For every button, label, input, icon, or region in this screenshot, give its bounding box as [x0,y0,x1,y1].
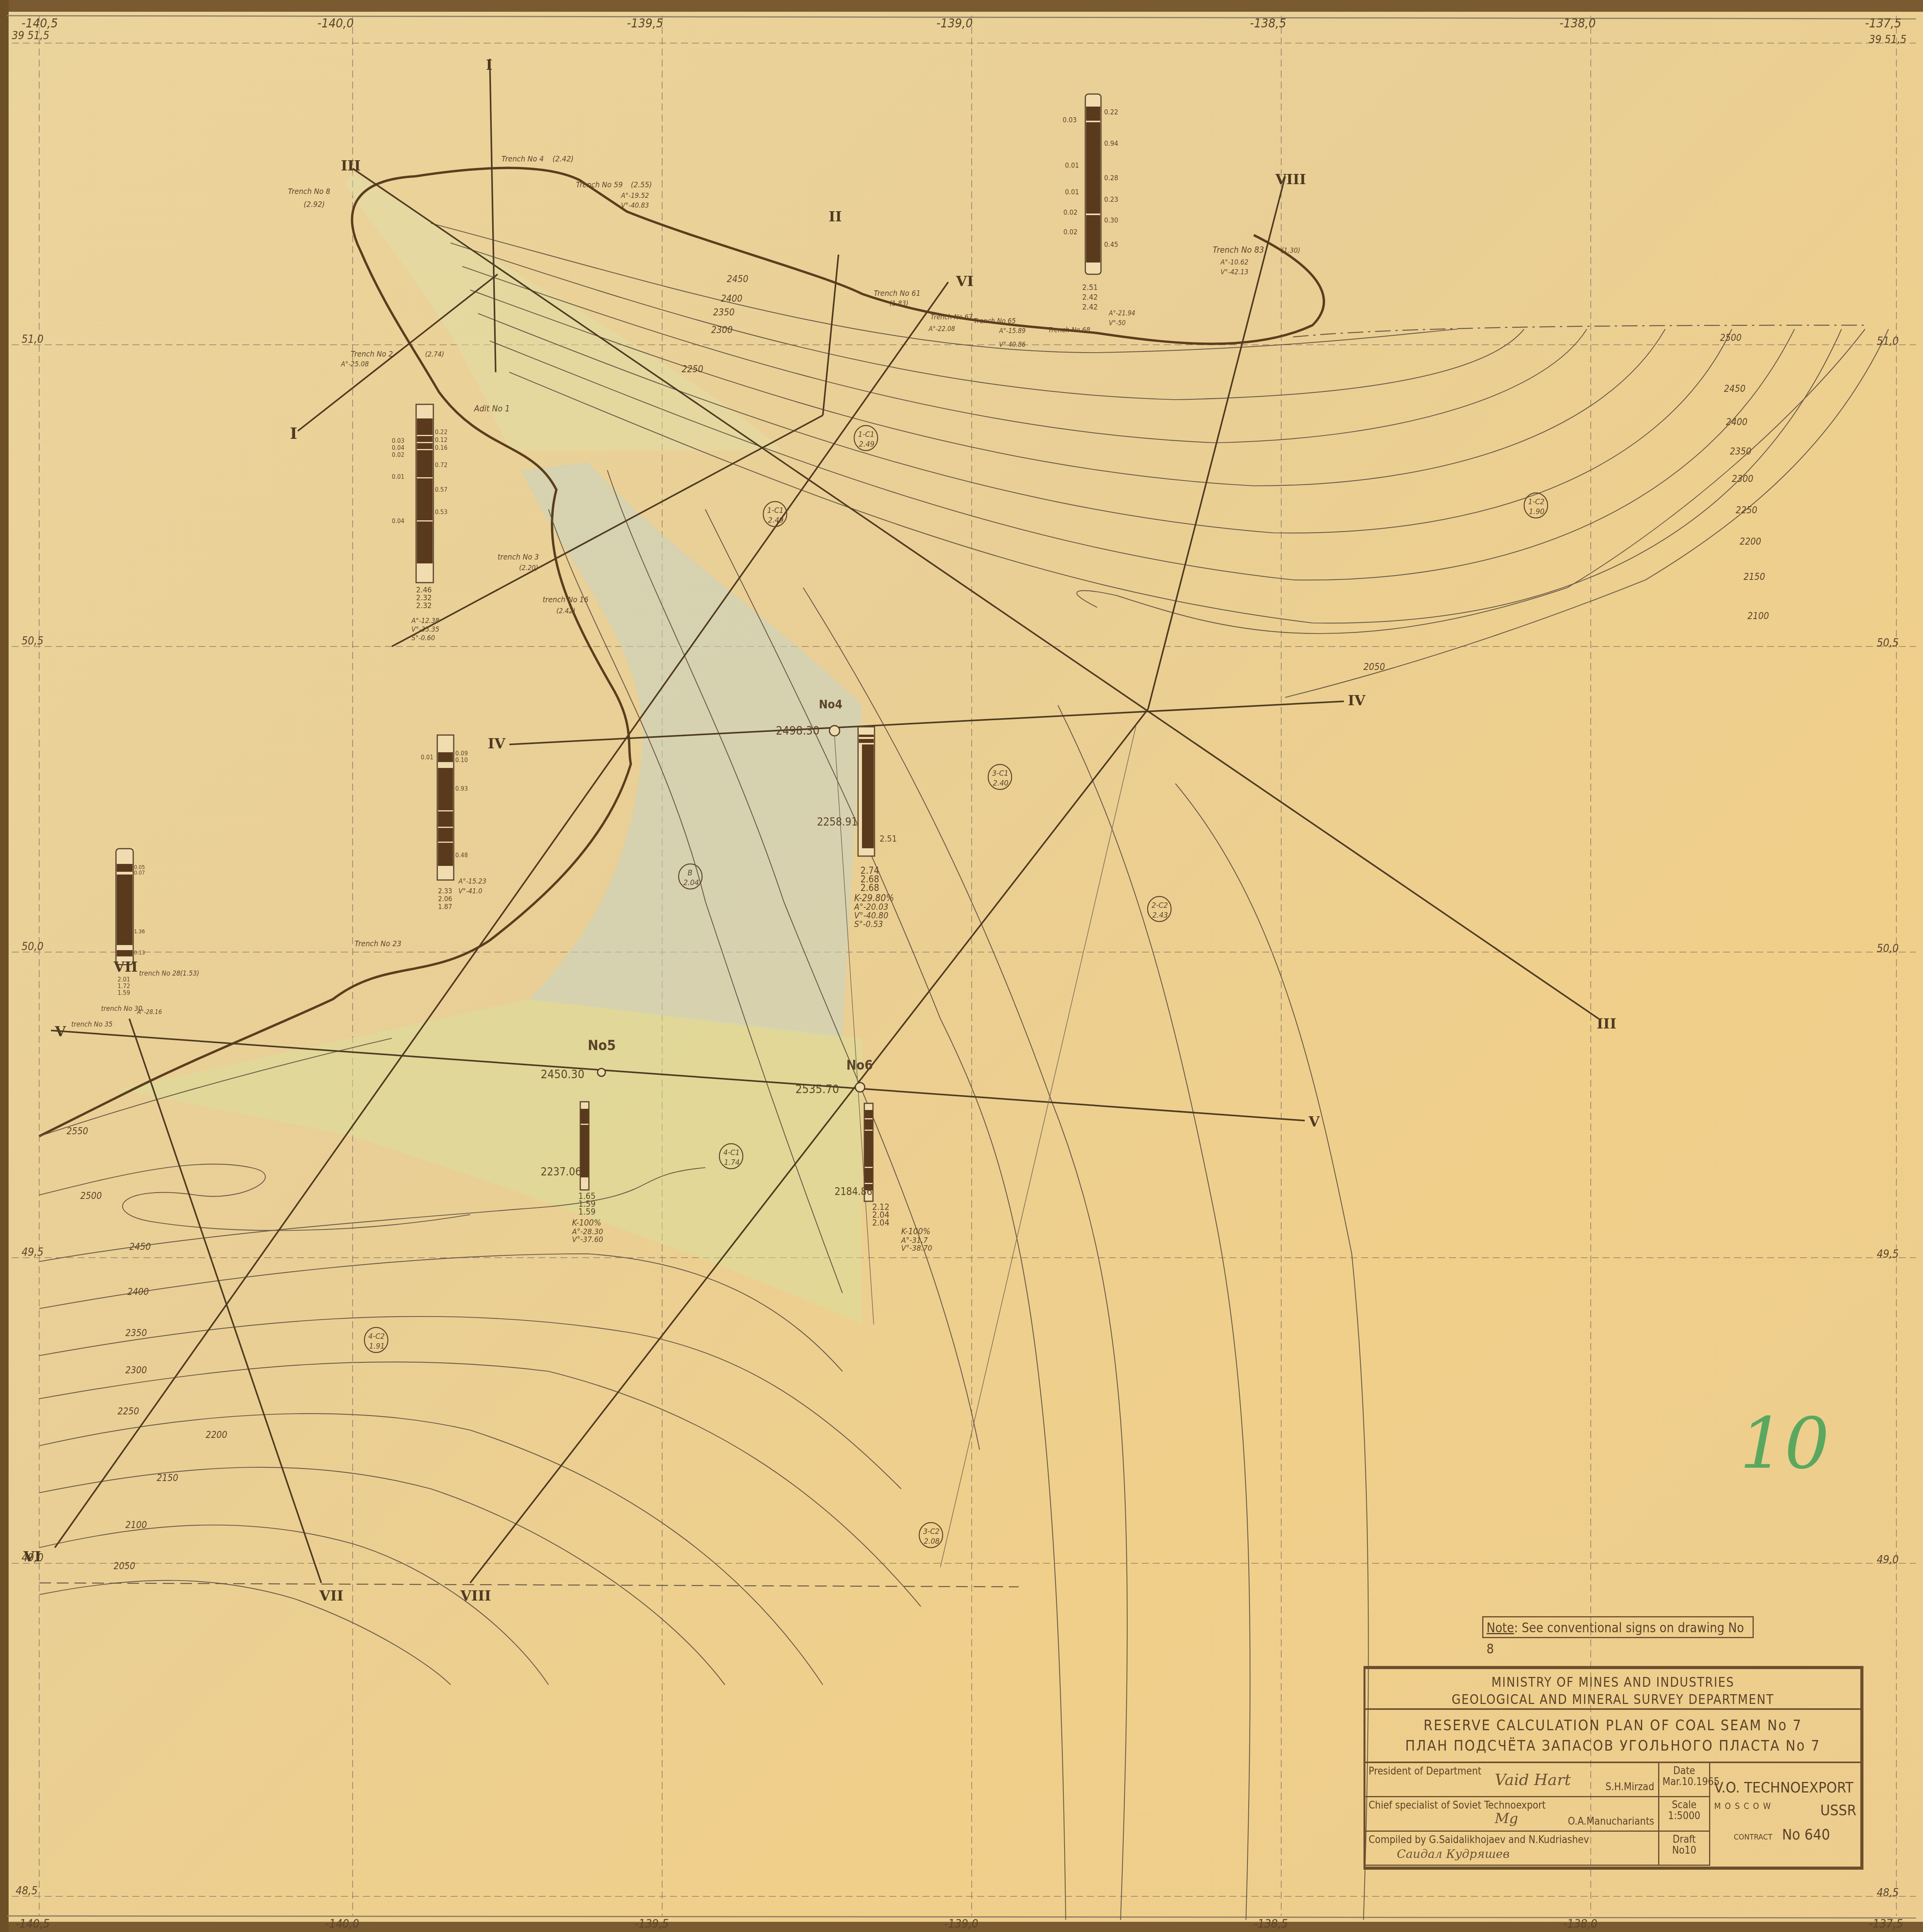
axis-top-label-3: -139,0 [936,16,973,31]
section-label-vii: VII [319,1588,344,1604]
scale-value: 1:5000 [1662,1811,1706,1822]
strat-column-mid [437,735,454,880]
section-label-i: I [290,424,297,443]
contour-label-2250-l: 2250 [118,1406,139,1417]
borehole-no4-layer-r2: 2.51 [880,834,897,844]
contour-label-2200-r: 2200 [1740,536,1761,547]
borehole-no5-seam: 2237.06 [541,1165,581,1178]
block-6-value: 1.74 [724,1157,740,1167]
contour-label-2300-r: 2300 [1732,473,1753,484]
trench-2-label: Trench No 2 [351,349,393,359]
borehole-no4-thk-2: 2.68 [860,882,879,893]
col-adit-l4: 0.04 [392,517,404,525]
borehole-no6-collar: 2535.70 [795,1083,839,1096]
trench-2-value: (2.74) [425,350,444,359]
contour-label-2450-top: 2450 [727,273,748,284]
contour-label-2050-r: 2050 [1363,661,1385,672]
axis-right-label-5: 49,0 [1877,1553,1899,1566]
col-top-r5: 0.45 [1104,241,1118,249]
axis-bottom-label-1: -140,0 [325,1917,359,1931]
top-border [0,0,1923,12]
col-mid-r5: 0.48 [455,851,468,859]
contour-label-2050-l: 2050 [114,1561,135,1572]
trench-68-ash: A°-21.94 [1108,310,1135,317]
note-box: Note: See conventional signs on drawing … [1482,1616,1754,1638]
block-8-category: 3-C2 [923,1526,940,1536]
trench-23-label: Trench No 23 [355,939,401,948]
block-5-category: 2-C2 [1152,900,1168,910]
section-label-viii: VIII [460,1588,491,1604]
trench-83-ash: A°-10.62 [1220,258,1248,266]
col-mid-q1: V°-41.0 [458,887,482,895]
borehole-no4-q3: S°-0.53 [854,920,883,929]
col-adit-q2: S°-0.60 [411,634,435,642]
strat-column-top [1085,94,1101,274]
organization-country: USSR [1820,1802,1856,1819]
section-label-vii-top: VII [113,959,138,975]
green-tint-zone [118,999,862,1324]
trench-83-value: (1.30) [1281,246,1300,255]
organization-cell: V.O. TECHNOEXPORT MOSCOW USSR CONTRACT N… [1710,1763,1860,1866]
col-top-l1: 0.01 [1065,161,1079,170]
col-adit-l1: 0.04 [392,444,404,451]
col-vii-b2: 1.59 [118,989,130,996]
title-block-title: RESERVE CALCULATION PLAN OF COAL SEAM No… [1365,1710,1860,1763]
block-8-value: 2.08 [924,1536,940,1546]
block-0-value: 2.49 [859,439,875,449]
axis-left-label-0: 39 51,5 [12,29,49,42]
trench-4-value: (2.42) [552,154,574,163]
draft-value: No10 [1662,1845,1706,1856]
map-sheet: -140,5 -140,0 -139,5 -139,0 -138,5 -138,… [0,0,1923,1932]
title-block: MINISTRY OF MINES AND INDUSTRIES GEOLOGI… [1363,1666,1863,1870]
block-2-category: 1-C2 [1528,497,1545,506]
block-1-category: 1-C1 [767,505,784,515]
col-adit-l0: 0.03 [392,437,404,444]
date-value: Mar.10.1965 [1662,1776,1706,1787]
scale-label: Scale [1662,1800,1706,1811]
section-label-iii: III [1597,1016,1617,1032]
block-6-category: 4-C1 [723,1148,740,1157]
axis-bottom-label-5: -138,0 [1563,1917,1597,1931]
block-5-value: 2.43 [1152,910,1168,920]
contour-label-2200-l: 2200 [206,1429,227,1440]
axis-right-label-4: 49,5 [1877,1248,1899,1260]
block-3-value: 2.40 [993,778,1009,788]
organization-name: V.O. TECHNOEXPORT [1714,1779,1856,1796]
section-label-v-right: V [1308,1114,1320,1130]
section-label-iii-top: III [341,158,361,174]
col-top-r4: 0.30 [1104,216,1118,225]
section-label-iv-left: IV [488,735,506,752]
col-adit-r0: 0.22 [435,428,447,436]
col-mid-r2: 0.93 [455,785,468,792]
trench-16-label: trench No 16 [543,595,588,604]
trench-3-label: trench No 3 [498,552,539,561]
block-4-category: B [688,868,692,877]
ministry-name: MINISTRY OF MINES AND INDUSTRIES [1365,1674,1860,1691]
axis-top-label-0: -140,5 [22,16,58,31]
trench-65-ash: A°-15.89 [999,327,1025,335]
col-adit-l2: 0.02 [392,451,404,458]
president-role: President of Department [1369,1765,1481,1777]
department-name: GEOLOGICAL AND MINERAL SURVEY DEPARTMENT [1365,1691,1860,1708]
section-label-i-top: I [486,57,493,73]
draft-cell: Draft No10 [1659,1832,1710,1866]
draft-label: Draft [1662,1834,1706,1845]
borehole-no5-label: No5 [588,1038,616,1054]
contract-info: CONTRACT No 640 [1714,1826,1856,1843]
trench-61-value: (1.83) [889,299,909,308]
contour-label-2100-l: 2100 [125,1519,147,1530]
section-label-vi: VI [23,1548,41,1565]
axis-left-label-1: 51,0 [22,333,43,346]
adit-1-label: Adit No 1 [473,404,510,414]
axis-left-label-4: 49,5 [22,1246,43,1258]
trench-59-value: (2.55) [631,180,652,189]
block-1-value: 2.49 [768,515,784,525]
organization-city: MOSCOW [1714,1802,1775,1819]
trench-59-vol: V°-40.83 [621,201,649,210]
col-top-r2: 0.28 [1104,174,1118,182]
col-top-l4: 0.02 [1063,228,1077,236]
chief-specialist-name: O.A.Manuchariants [1568,1816,1654,1827]
col-mid-l0: 0.01 [421,753,433,761]
col-top-l0: 0.03 [1063,116,1077,124]
contour-label-2150-l: 2150 [157,1472,178,1483]
strat-column-no4 [858,727,875,856]
chief-specialist-signature: Mg [1495,1811,1518,1827]
blue-tint-zone [521,462,862,1038]
axis-top-label-5: -138,0 [1559,16,1596,31]
col-top-r1: 0.94 [1104,139,1118,148]
contour-label-2350-l: 2350 [125,1327,147,1338]
axis-bottom-label-0: -140,5 [16,1917,50,1931]
axis-right-label-2: 50,5 [1877,636,1899,649]
president-cell: President of Department Vaid Hart S.H.Mi… [1365,1763,1659,1797]
col-adit-r3: 0.72 [435,461,447,469]
scale-cell: Scale 1:5000 [1659,1797,1710,1831]
strat-column-adit [416,404,433,583]
block-0-category: 1-C1 [858,429,875,439]
compiled-by-role: Compiled by G.Saidalikhojaev and N.Kudri… [1369,1834,1589,1846]
axis-bottom-label-6: -137,5 [1869,1917,1903,1931]
trench-8-label: Trench No 8 [288,187,330,196]
borehole-no5-q2: V°-37.60 [572,1235,603,1244]
col-adit-q1: V°-35.35 [411,625,439,634]
title-russian: ПЛАН ПОДСЧЁТА ЗАПАСОВ УГОЛЬНОГО ПЛАСТА N… [1365,1736,1860,1756]
contour-label-2300-l: 2300 [125,1365,147,1376]
trench-16-value: (2.42) [556,607,576,615]
borehole-no5-collar: 2450.30 [541,1068,585,1081]
borehole-no6-thk-2: 2.04 [872,1218,889,1228]
block-2-value: 1.90 [1529,507,1545,516]
col-top-b0: 2.51 [1082,282,1098,292]
axis-left-label-6: 48,5 [16,1884,38,1897]
axis-right-label-6: 48,5 [1877,1886,1899,1899]
col-top-r0: 0.22 [1104,108,1118,116]
president-signature: Vaid Hart [1495,1771,1571,1789]
trench-8-value: (2.92) [304,199,325,209]
strat-column-vii [116,849,133,965]
lower-boundary-line [39,1583,1019,1587]
block-3-category: 3-C1 [992,768,1009,778]
trench-59-ash: A°-19.52 [621,192,649,200]
section-label-viii-top: VIII [1275,171,1306,188]
contour-label-2150-r: 2150 [1744,571,1765,582]
trench-65-vol: V°-40.86 [999,341,1026,349]
boundary-line [1293,325,1865,337]
borehole-no6-seam: 2184.86 [835,1186,873,1198]
contour-label-2350-top: 2350 [713,307,735,318]
axis-bottom-label-3: -139,0 [944,1917,978,1931]
borehole-no4-marker [829,726,840,736]
section-label-ii: II [829,208,842,225]
contour-label-2400-r: 2400 [1726,416,1747,427]
date-label: Date [1662,1765,1706,1776]
trench-65-label: Trench No 65 [974,317,1016,325]
contour-label-2450-r: 2450 [1724,383,1746,394]
block-4-value: 2.04 [683,878,699,887]
contour-label-2400-l: 2400 [127,1286,149,1297]
borehole-no5-marker [598,1068,605,1076]
contour-label-2250-r: 2250 [1736,505,1757,516]
borehole-no6-marker [855,1083,865,1092]
axis-top-label-6: -137,5 [1865,16,1901,31]
col-adit-b2: 2.32 [416,601,432,610]
contour-label-2450-l: 2450 [129,1241,151,1252]
block-7-value: 1.91 [369,1341,385,1351]
trench-4-label: Trench No 4 [502,154,544,163]
col-mid-b2: 1.87 [438,903,452,911]
chief-specialist-cell: Chief specialist of Soviet Technoexport … [1365,1797,1659,1831]
compiled-by-cell: Compiled by G.Saidalikhojaev and N.Kudri… [1365,1832,1659,1866]
col-vii-r2: 1.36 [134,929,145,935]
left-border [0,0,9,1932]
title-english: RESERVE CALCULATION PLAN OF COAL SEAM No… [1365,1715,1860,1736]
col-mid-b0: 2.33 [438,887,452,895]
axis-bottom-label-4: -138,5 [1254,1917,1288,1931]
trench-28-label: trench No 28 [139,969,180,978]
handwritten-sheet-number: 10 [1740,1403,1829,1485]
contour-label-2100-r: 2100 [1747,610,1769,621]
borehole-no4-collar: 2498.30 [776,724,820,738]
col-top-b2: 2.42 [1082,302,1098,311]
borehole-no6-label: No6 [846,1057,873,1073]
axis-top-label-1: -140,0 [317,16,354,31]
contour-label-2300-top: 2300 [711,324,733,335]
borehole-no4-q0: K-29.80% [854,893,894,904]
trench-30-label: trench No 30 [101,1005,142,1013]
axis-left-label-3: 50,0 [22,940,43,953]
contour-label-2400-top: 2400 [721,293,742,304]
organization-location: MOSCOW USSR [1714,1802,1856,1819]
trench-67-ash: A°-22.08 [928,325,955,333]
section-label-vi-top: VI [956,273,974,290]
col-top-l2: 0.01 [1065,188,1079,196]
trench-28-value: (1.53) [180,969,199,978]
president-name: S.H.Mirzad [1605,1781,1654,1793]
axis-bottom-label-2: -139,5 [635,1917,669,1931]
col-mid-b1: 2.06 [438,895,452,903]
col-top-l3: 0.02 [1063,208,1077,217]
trench-35-label: trench No 35 [71,1020,112,1028]
trench-83-label: Trench No 83 [1213,245,1264,255]
compiled-by-signature: Саидал Кудряшев [1397,1847,1510,1861]
section-label-iv-right: IV [1348,692,1366,709]
trench-2-ash: A°-25.08 [340,360,369,368]
col-adit-r1: 0.12 [435,436,447,444]
trench-61-label: Trench No 61 [874,288,920,298]
trench-3-value: (2.20) [519,564,538,572]
strat-column-no5 [580,1102,589,1190]
map-drawing: -140,5 -140,0 -139,5 -139,0 -138,5 -138,… [0,0,1923,1932]
trench-67-label: Trench No 67 [931,313,973,321]
col-vii-r3: 0.13 [134,950,145,956]
borehole-no4-label: No4 [819,698,842,712]
borehole-no5-thk-2: 1.59 [578,1207,596,1217]
axis-right-label-1: 51,0 [1877,335,1899,348]
note-label: Note [1487,1620,1514,1635]
contract-label: CONTRACT [1734,1832,1772,1841]
trench-59-label: Trench No 59 [576,180,623,189]
col-vii-r1: 0.07 [134,870,145,876]
trench-30-ash: A°-28.16 [137,1008,162,1016]
contour-label-2250-top: 2250 [682,364,703,375]
col-top-b1: 2.42 [1082,292,1098,302]
col-mid-q0: A°-15.23 [458,877,486,885]
col-adit-q0: A°-12.38 [411,617,439,625]
trench-68-vol: V°-50 [1109,319,1126,327]
col-adit-r5: 0.53 [435,508,447,516]
axis-left-label-2: 50,5 [22,634,43,647]
contour-label-2550-l: 2550 [67,1126,88,1137]
borehole-no4-seam: 2258.91 [817,815,858,828]
block-7-category: 4-C2 [368,1331,385,1341]
col-adit-l3: 0.01 [392,473,404,480]
borehole-no6-q2: V°-38.70 [901,1243,932,1253]
col-adit-r4: 0.57 [435,486,447,493]
chief-specialist-role: Chief specialist of Soviet Technoexport [1369,1800,1546,1811]
contour-label-2500-l: 2500 [80,1190,102,1201]
col-top-r3: 0.23 [1104,196,1118,204]
trench-83-vol: V°-42.13 [1220,268,1248,276]
trench-68-label: Trench No 68 [1048,326,1090,334]
axis-top-label-2: -139,5 [627,16,663,31]
axis-right-label-0: 39 51,5 [1869,33,1907,46]
section-label-v-left: V [54,1023,66,1040]
col-mid-r1: 0.10 [455,756,468,764]
axis-top-label-4: -138,5 [1250,16,1286,31]
title-block-rows: President of Department Vaid Hart S.H.Mi… [1365,1763,1860,1866]
contract-number: No 640 [1782,1826,1830,1843]
contour-label-2500-r: 2500 [1720,332,1742,343]
axis-right-label-3: 50,0 [1877,942,1899,955]
title-block-header: MINISTRY OF MINES AND INDUSTRIES GEOLOGI… [1365,1669,1860,1710]
contour-label-2350-r: 2350 [1730,446,1751,457]
col-adit-r2: 0.16 [435,444,447,451]
date-cell: Date Mar.10.1965 [1659,1763,1710,1797]
